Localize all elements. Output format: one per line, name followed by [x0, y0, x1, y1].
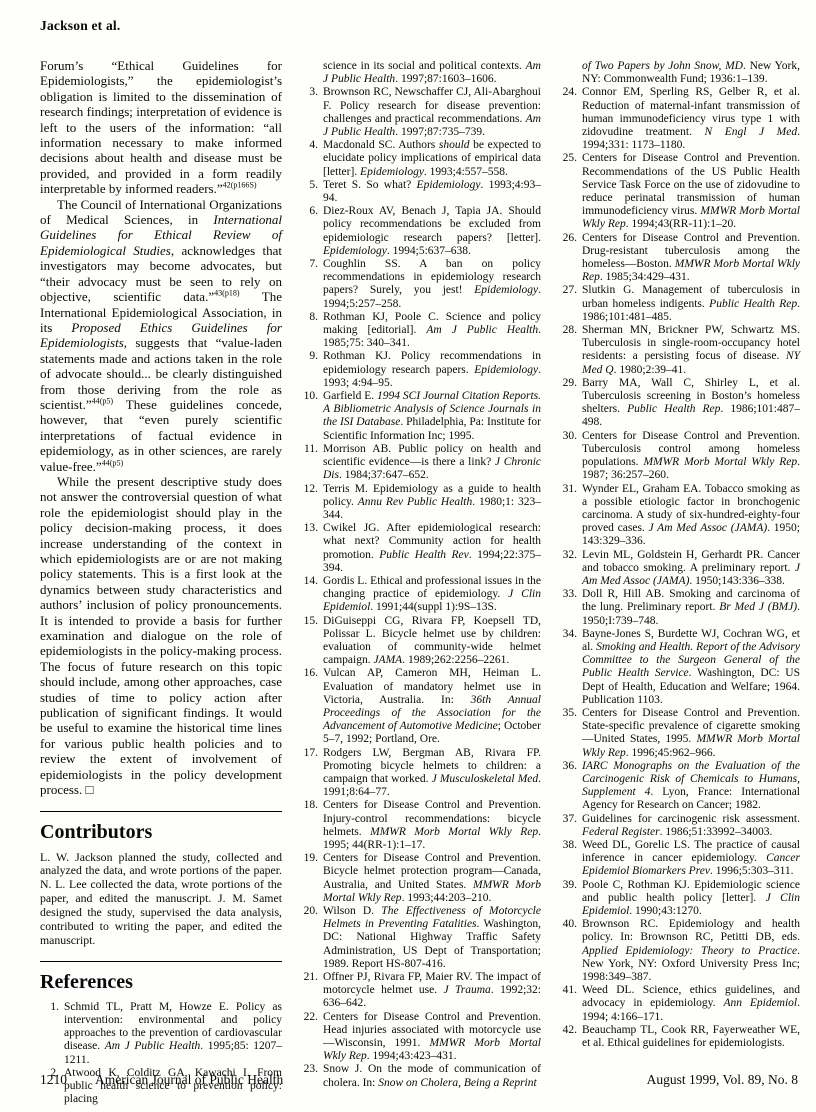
reference-text: Schmid TL, Pratt M, Howze E. Policy as i… — [64, 1001, 282, 1067]
reference-number: 5. — [299, 179, 323, 205]
reference-number: 1. — [40, 1001, 64, 1067]
reference-item: 10.Garfield E. 1994 SCI Journal Citation… — [299, 390, 541, 443]
reference-number: 8. — [299, 311, 323, 351]
three-column-layout: Forum’s “Ethical Guidelines for Epidemio… — [40, 58, 800, 1106]
reference-item: 31.Wynder EL, Graham EA. Tobacco smoking… — [558, 483, 800, 549]
contributors-text: L. W. Jackson planned the study, collect… — [40, 851, 282, 948]
reference-item: 19.Centers for Disease Control and Preve… — [299, 852, 541, 905]
reference-text: Connor EM, Sperling RS, Gelber R, et al.… — [582, 86, 800, 152]
reference-item: 27.Slutkin G. Management of tuberculosis… — [558, 284, 800, 324]
reference-number: 22. — [299, 1011, 323, 1064]
reference-text: Wilson D. The Effectiveness of Motorcycl… — [323, 905, 541, 971]
reference-text: Centers for Disease Control and Preventi… — [323, 1011, 541, 1064]
reference-item: 41.Weed DL. Science, ethics guidelines, … — [558, 984, 800, 1024]
reference-item: 26.Centers for Disease Control and Preve… — [558, 232, 800, 285]
reference-number — [558, 60, 582, 86]
reference-number: 15. — [299, 615, 323, 668]
reference-text: Sherman MN, Brickner PW, Schwartz MS. Tu… — [582, 324, 800, 377]
reference-text: Gordis L. Ethical and professional issue… — [323, 575, 541, 615]
reference-text: Teret S. So what? Epidemiology. 1993;4:9… — [323, 179, 541, 205]
reference-number: 38. — [558, 839, 582, 879]
reference-number: 24. — [558, 86, 582, 152]
body-paragraph: While the present descriptive study does… — [40, 474, 282, 798]
reference-text: Garfield E. 1994 SCI Journal Citation Re… — [323, 390, 541, 443]
journal-page: Jackson et al. Forum’s “Ethical Guidelin… — [0, 0, 816, 1112]
column-right: of Two Papers by John Snow, MD. New York… — [558, 58, 800, 1050]
page-footer: 1210 American Journal of Public Health A… — [40, 1072, 798, 1088]
reference-item: 1.Schmid TL, Pratt M, Howze E. Policy as… — [40, 1001, 282, 1067]
reference-item: 34.Bayne-Jones S, Burdette WJ, Cochran W… — [558, 628, 800, 707]
issue-info: August 1999, Vol. 89, No. 8 — [647, 1072, 798, 1088]
reference-text: Terris M. Epidemiology as a guide to hea… — [323, 483, 541, 523]
column-middle: science in its social and political cont… — [299, 58, 541, 1090]
reference-text: Guidelines for carcinogenic risk assessm… — [582, 813, 800, 839]
reference-text: Centers for Disease Control and Preventi… — [582, 152, 800, 231]
reference-text: Poole C, Rothman KJ. Epidemiologic scien… — [582, 879, 800, 919]
reference-number: 27. — [558, 284, 582, 324]
reference-text: Vulcan AP, Cameron MH, Heiman L. Evaluat… — [323, 667, 541, 746]
reference-number: 9. — [299, 350, 323, 390]
reference-text: Offner PJ, Rivara FP, Maier RV. The impa… — [323, 971, 541, 1011]
reference-number: 7. — [299, 258, 323, 311]
reference-number: 42. — [558, 1024, 582, 1050]
reference-text: Doll R, Hill AB. Smoking and carcinoma o… — [582, 588, 800, 628]
reference-number: 35. — [558, 707, 582, 760]
reference-number — [299, 60, 323, 86]
reference-number: 20. — [299, 905, 323, 971]
column-left: Forum’s “Ethical Guidelines for Epidemio… — [40, 58, 282, 1106]
reference-text: Rodgers LW, Bergman AB, Rivara FP. Promo… — [323, 747, 541, 800]
body-text: Forum’s “Ethical Guidelines for Epidemio… — [40, 58, 282, 798]
reference-number: 39. — [558, 879, 582, 919]
reference-number: 17. — [299, 747, 323, 800]
reference-item: 24.Connor EM, Sperling RS, Gelber R, et … — [558, 86, 800, 152]
reference-item: 16.Vulcan AP, Cameron MH, Heiman L. Eval… — [299, 667, 541, 746]
reference-item: 8.Rothman KJ, Poole C. Science and polic… — [299, 311, 541, 351]
reference-text: Cwikel JG. After epidemiological researc… — [323, 522, 541, 575]
reference-item: 20.Wilson D. The Effectiveness of Motorc… — [299, 905, 541, 971]
journal-name: American Journal of Public Health — [95, 1072, 283, 1088]
reference-number: 30. — [558, 430, 582, 483]
page-number: 1210 — [40, 1072, 67, 1088]
reference-item: 28.Sherman MN, Brickner PW, Schwartz MS.… — [558, 324, 800, 377]
reference-text: Diez-Roux AV, Benach J, Tapia JA. Should… — [323, 205, 541, 258]
reference-number: 13. — [299, 522, 323, 575]
reference-number: 29. — [558, 377, 582, 430]
reference-text: Coughlin SS. A ban on policy recommendat… — [323, 258, 541, 311]
reference-item: 11.Morrison AB. Public policy on health … — [299, 443, 541, 483]
reference-number: 34. — [558, 628, 582, 707]
reference-number: 36. — [558, 760, 582, 813]
reference-item: 3.Brownson RC, Newschaffer CJ, Ali-Abarg… — [299, 86, 541, 139]
reference-item: 25.Centers for Disease Control and Preve… — [558, 152, 800, 231]
reference-text: Centers for Disease Control and Preventi… — [323, 852, 541, 905]
reference-number: 25. — [558, 152, 582, 231]
reference-text: Brownson RC, Newschaffer CJ, Ali-Abargho… — [323, 86, 541, 139]
reference-text: of Two Papers by John Snow, MD. New York… — [582, 60, 800, 86]
reference-text: Macdonald SC. Authors should be expected… — [323, 139, 541, 179]
reference-item: 5.Teret S. So what? Epidemiology. 1993;4… — [299, 179, 541, 205]
reference-list-col2: science in its social and political cont… — [299, 60, 541, 1090]
reference-item: 6.Diez-Roux AV, Benach J, Tapia JA. Shou… — [299, 205, 541, 258]
body-paragraph: The Council of International Organizatio… — [40, 197, 282, 474]
body-paragraph: Forum’s “Ethical Guidelines for Epidemio… — [40, 58, 282, 197]
reference-number: 6. — [299, 205, 323, 258]
reference-text: Barry MA, Wall C, Shirley L, et al. Tube… — [582, 377, 800, 430]
reference-text: Morrison AB. Public policy on health and… — [323, 443, 541, 483]
reference-item: 40.Brownson RC. Epidemiology and health … — [558, 918, 800, 984]
reference-item: 32.Levin ML, Goldstein H, Gerhardt PR. C… — [558, 549, 800, 589]
reference-text: Weed DL. Science, ethics guidelines, and… — [582, 984, 800, 1024]
reference-item: 35.Centers for Disease Control and Preve… — [558, 707, 800, 760]
reference-item: 36.IARC Monographs on the Evaluation of … — [558, 760, 800, 813]
reference-text: Centers for Disease Control and Preventi… — [582, 430, 800, 483]
reference-item: 22.Centers for Disease Control and Preve… — [299, 1011, 541, 1064]
reference-number: 18. — [299, 799, 323, 852]
reference-number: 3. — [299, 86, 323, 139]
running-head: Jackson et al. — [40, 18, 800, 34]
reference-text: Centers for Disease Control and Preventi… — [582, 707, 800, 760]
reference-text: science in its social and political cont… — [323, 60, 541, 86]
reference-item: 42.Beauchamp TL, Cook RR, Fayerweather W… — [558, 1024, 800, 1050]
reference-item: 4.Macdonald SC. Authors should be expect… — [299, 139, 541, 179]
reference-number: 4. — [299, 139, 323, 179]
reference-number: 10. — [299, 390, 323, 443]
reference-text: Weed DL, Gorelic LS. The practice of cau… — [582, 839, 800, 879]
reference-list-col1: 1.Schmid TL, Pratt M, Howze E. Policy as… — [40, 1001, 282, 1107]
references-heading: References — [40, 971, 282, 994]
reference-number: 31. — [558, 483, 582, 549]
reference-item: of Two Papers by John Snow, MD. New York… — [558, 60, 800, 86]
reference-number: 33. — [558, 588, 582, 628]
reference-item: 18.Centers for Disease Control and Preve… — [299, 799, 541, 852]
section-divider — [40, 961, 282, 962]
reference-text: Brownson RC. Epidemiology and health pol… — [582, 918, 800, 984]
reference-item: 38.Weed DL, Gorelic LS. The practice of … — [558, 839, 800, 879]
reference-item: 29.Barry MA, Wall C, Shirley L, et al. T… — [558, 377, 800, 430]
reference-number: 14. — [299, 575, 323, 615]
contributors-heading: Contributors — [40, 821, 282, 844]
reference-text: Wynder EL, Graham EA. Tobacco smoking as… — [582, 483, 800, 549]
reference-item: 21.Offner PJ, Rivara FP, Maier RV. The i… — [299, 971, 541, 1011]
reference-item: 12.Terris M. Epidemiology as a guide to … — [299, 483, 541, 523]
reference-text: Bayne-Jones S, Burdette WJ, Cochran WG, … — [582, 628, 800, 707]
section-divider — [40, 811, 282, 812]
reference-number: 32. — [558, 549, 582, 589]
reference-text: Beauchamp TL, Cook RR, Fayerweather WE, … — [582, 1024, 800, 1050]
reference-text: Centers for Disease Control and Preventi… — [323, 799, 541, 852]
reference-item: 15.DiGuiseppi CG, Rivara FP, Koepsell TD… — [299, 615, 541, 668]
reference-item: 9.Rothman KJ. Policy recommendations in … — [299, 350, 541, 390]
reference-text: Rothman KJ, Poole C. Science and policy … — [323, 311, 541, 351]
reference-item: 37.Guidelines for carcinogenic risk asse… — [558, 813, 800, 839]
reference-number: 37. — [558, 813, 582, 839]
reference-number: 40. — [558, 918, 582, 984]
reference-number: 26. — [558, 232, 582, 285]
reference-text: Levin ML, Goldstein H, Gerhardt PR. Canc… — [582, 549, 800, 589]
reference-item: 33.Doll R, Hill AB. Smoking and carcinom… — [558, 588, 800, 628]
reference-item: 39.Poole C, Rothman KJ. Epidemiologic sc… — [558, 879, 800, 919]
reference-item: 14.Gordis L. Ethical and professional is… — [299, 575, 541, 615]
reference-number: 21. — [299, 971, 323, 1011]
reference-text: Centers for Disease Control and Preventi… — [582, 232, 800, 285]
reference-number: 11. — [299, 443, 323, 483]
reference-item: 13.Cwikel JG. After epidemiological rese… — [299, 522, 541, 575]
reference-number: 28. — [558, 324, 582, 377]
reference-text: Slutkin G. Management of tuberculosis in… — [582, 284, 800, 324]
reference-item: science in its social and political cont… — [299, 60, 541, 86]
reference-item: 7.Coughlin SS. A ban on policy recommend… — [299, 258, 541, 311]
reference-number: 12. — [299, 483, 323, 523]
reference-number: 19. — [299, 852, 323, 905]
reference-text: Rothman KJ. Policy recommendations in ep… — [323, 350, 541, 390]
reference-list-col3: of Two Papers by John Snow, MD. New York… — [558, 60, 800, 1050]
reference-item: 17.Rodgers LW, Bergman AB, Rivara FP. Pr… — [299, 747, 541, 800]
reference-item: 30.Centers for Disease Control and Preve… — [558, 430, 800, 483]
reference-number: 41. — [558, 984, 582, 1024]
reference-text: IARC Monographs on the Evaluation of the… — [582, 760, 800, 813]
reference-text: DiGuiseppi CG, Rivara FP, Koepsell TD, P… — [323, 615, 541, 668]
reference-number: 16. — [299, 667, 323, 746]
